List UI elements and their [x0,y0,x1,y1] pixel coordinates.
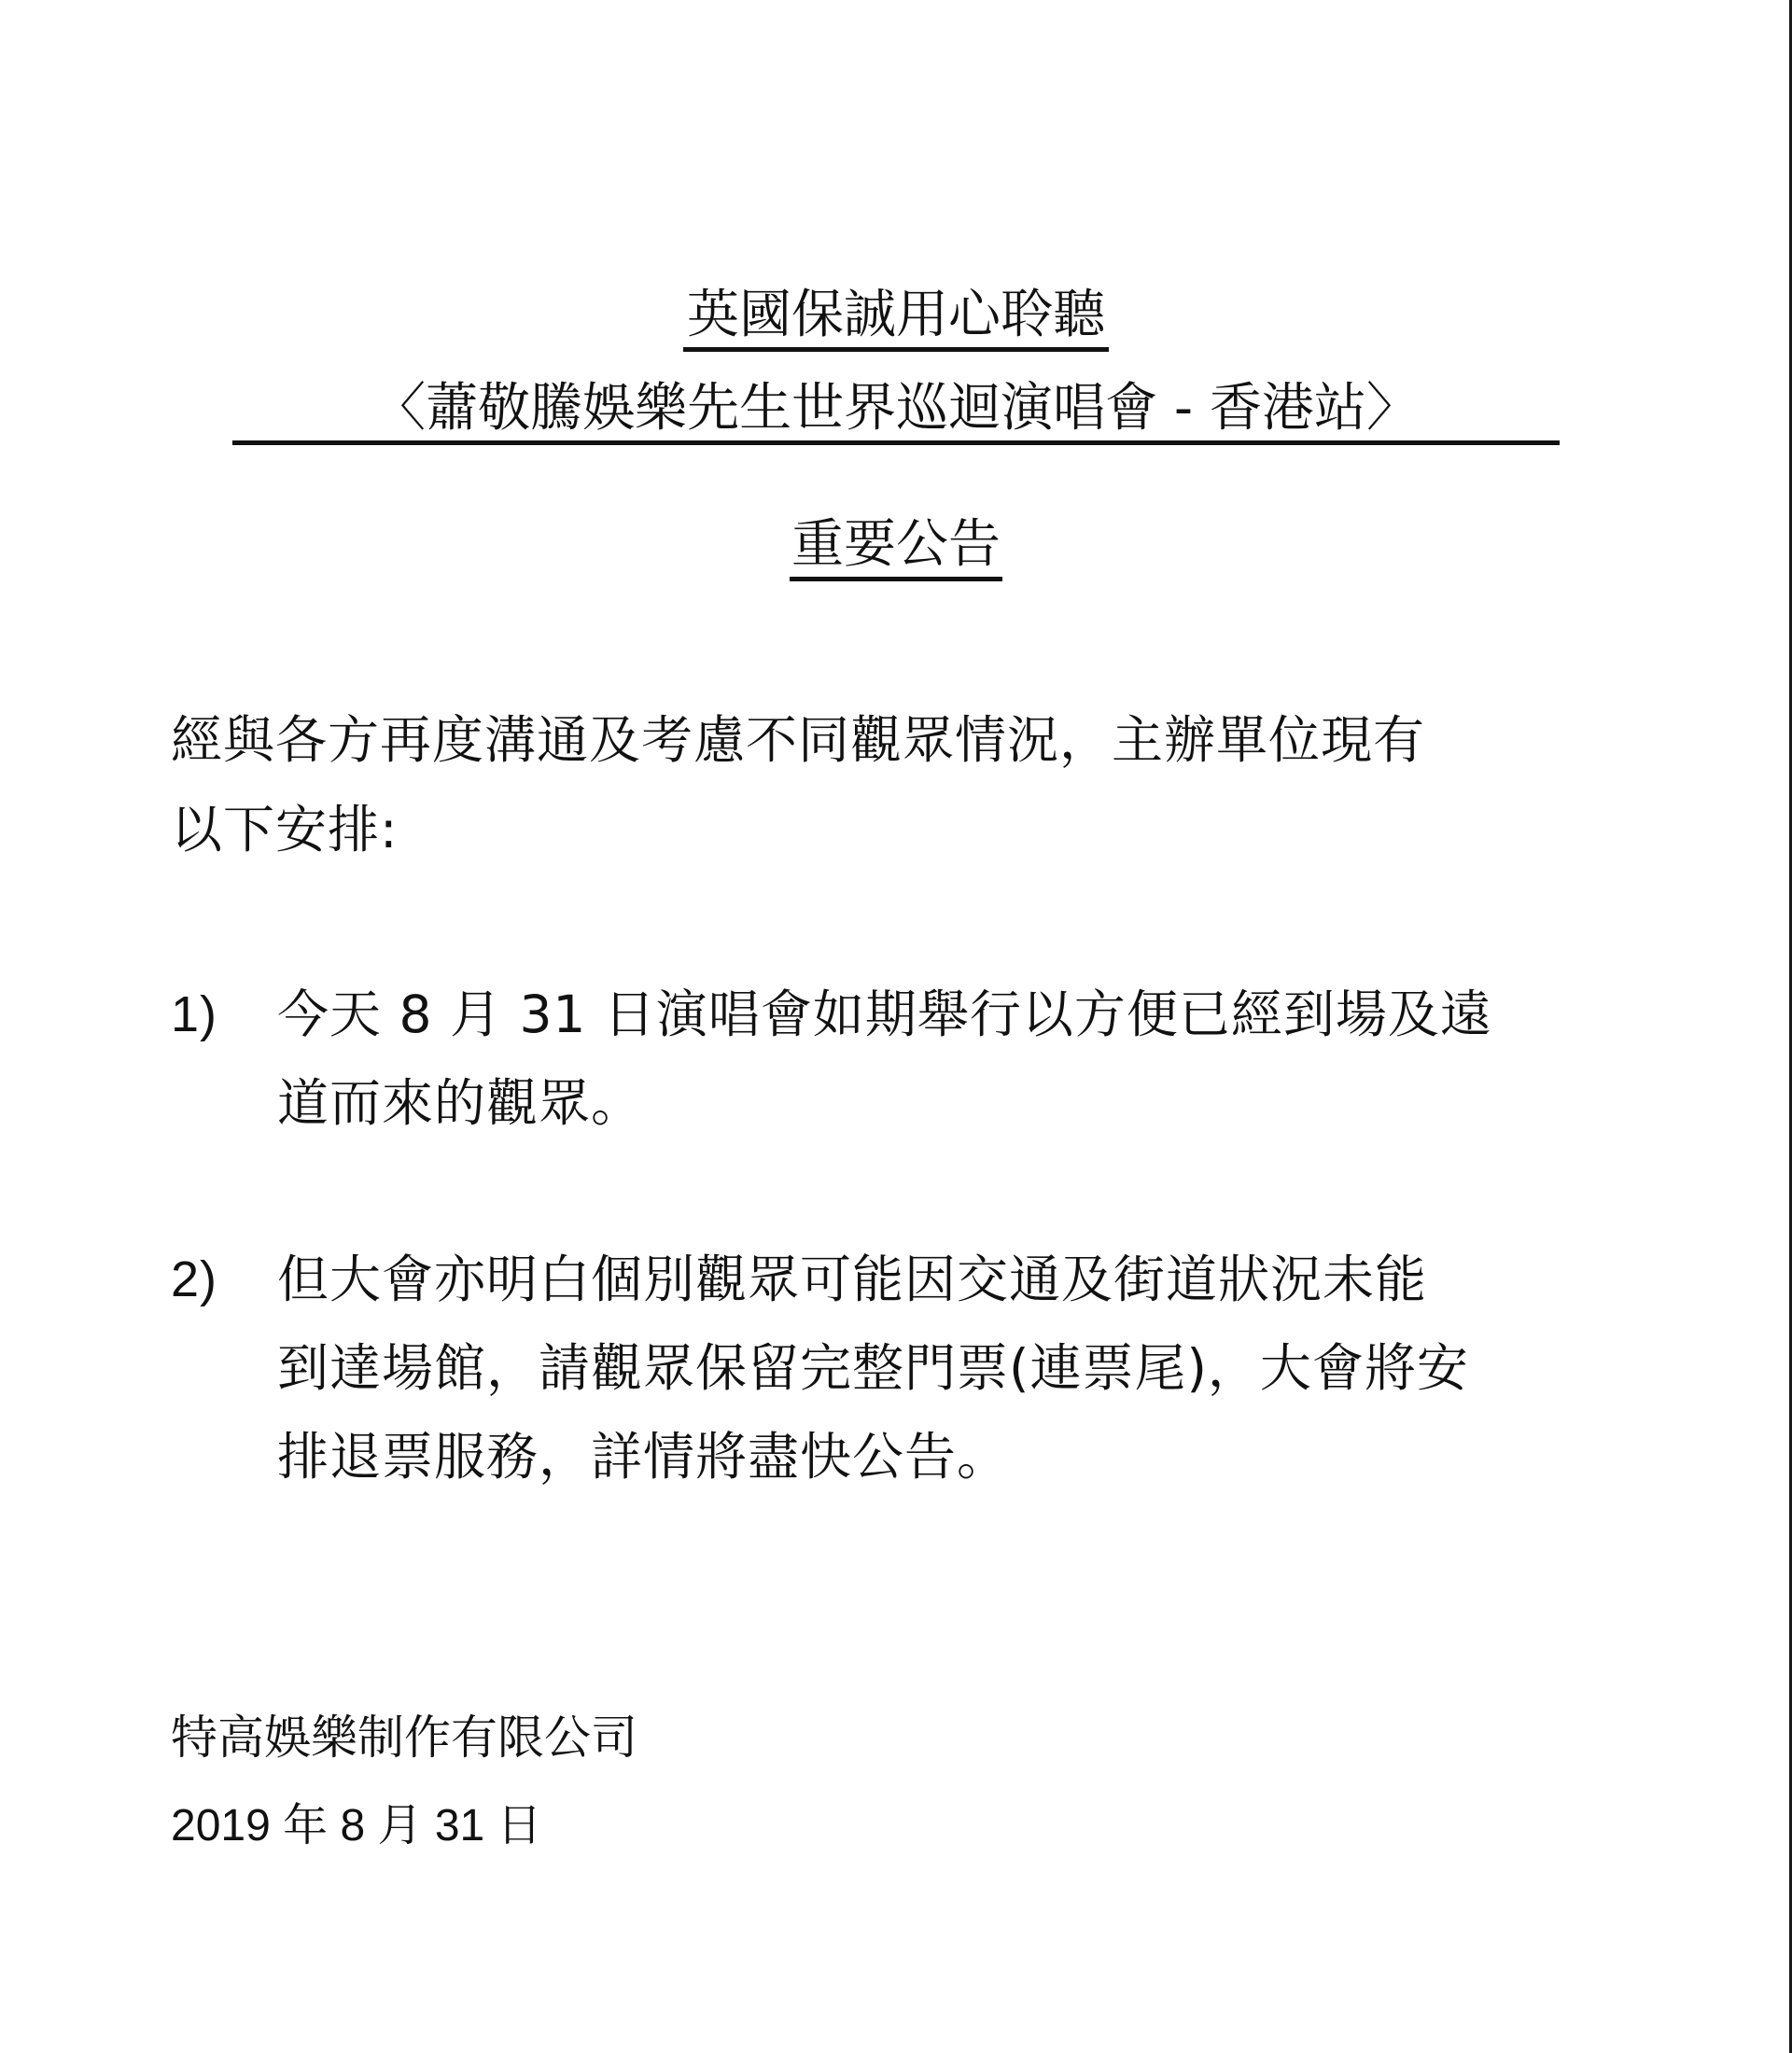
list-item-line: 到達場館，請觀眾保留完整門票(連票尾)，大會將安 [277,1324,1469,1413]
list-item-line: 但大會亦明白個別觀眾可能因交通及街道狀況未能 [277,1236,1469,1324]
intro-paragraph: 經與各方再度溝通及考慮不同觀眾情況，主辦單位現有 以下安排: [171,695,1425,874]
list-item-line: 排退票服務，詳情將盡快公告。 [277,1413,1469,1501]
list-item-number: 1) [171,971,264,1059]
intro-line: 以下安排: [171,785,1425,874]
title-line-event: 〈蕭敬騰娛樂先生世界巡迴演唱會 - 香港站〉 [0,379,1792,445]
list-item-line: 道而來的觀眾。 [277,1059,1492,1148]
intro-line: 經與各方再度溝通及考慮不同觀眾情況，主辦單位現有 [171,695,1425,785]
title-sponsor-text: 英國保誠用心聆聽 [683,286,1109,352]
footer-company-name: 特高娛樂制作有限公司 [171,1708,637,1767]
title-line-sponsor: 英國保誠用心聆聽 [0,286,1792,352]
title-event-text: 〈蕭敬騰娛樂先生世界巡迴演唱會 - 香港站〉 [232,379,1560,445]
list-item-text: 今天 8 月 31 日演唱會如期舉行以方便已經到場及遠 道而來的觀眾。 [277,971,1492,1148]
list-item-text: 但大會亦明白個別觀眾可能因交通及街道狀況未能 到達場館，請觀眾保留完整門票(連票… [277,1236,1469,1501]
announcement-heading: 重要公告 [0,515,1792,581]
announcement-heading-text: 重要公告 [790,515,1002,581]
footer-date: 2019 年 8 月 31 日 [171,1796,542,1856]
list-item-number: 2) [171,1236,264,1324]
list-item-line: 今天 8 月 31 日演唱會如期舉行以方便已經到場及遠 [277,971,1492,1059]
